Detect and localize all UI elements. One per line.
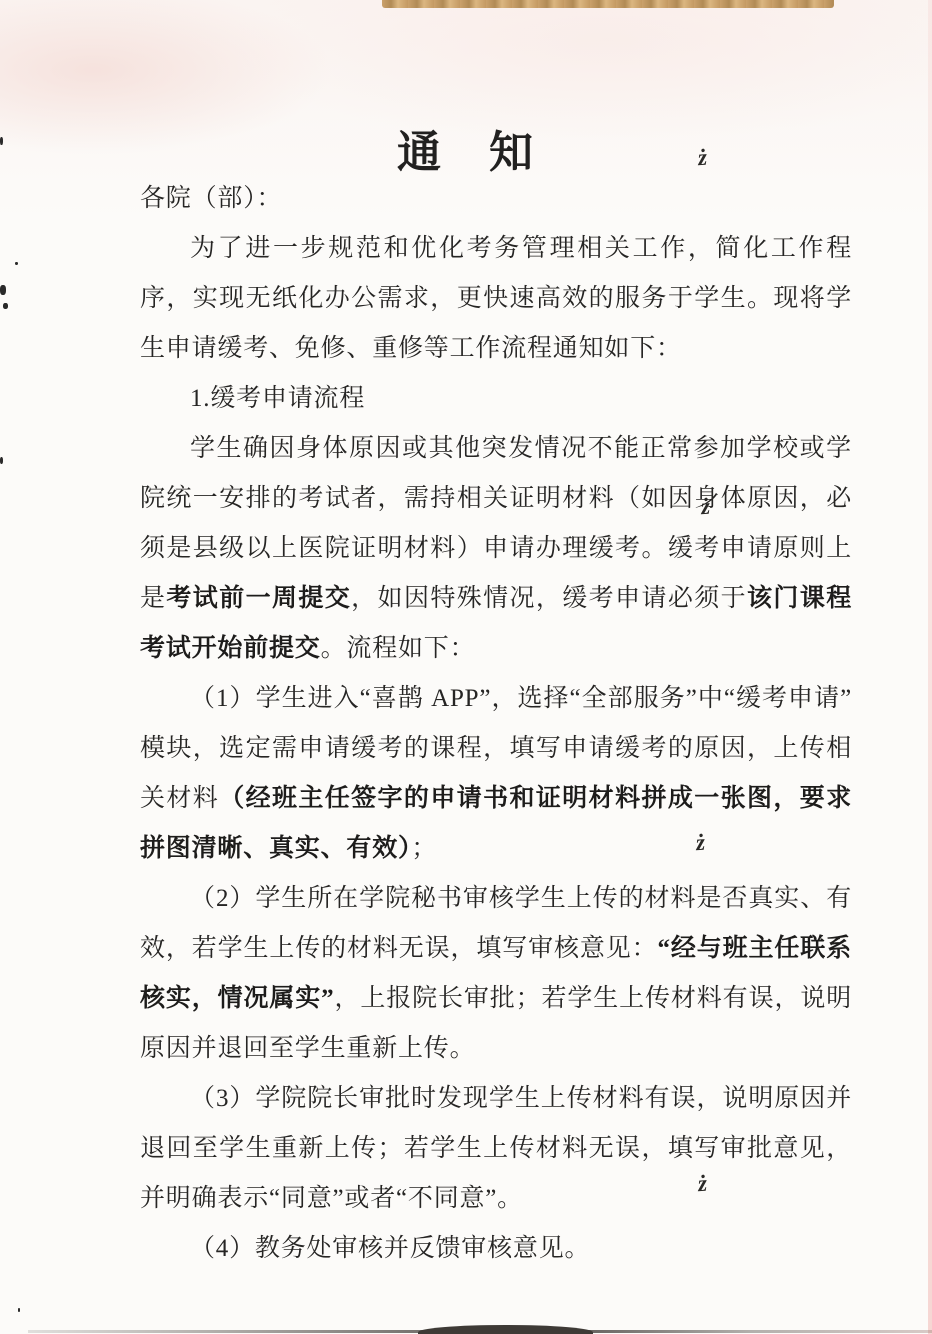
text-run: ； [411, 835, 437, 862]
step3-paragraph: （3）学院院长审批时发现学生上传材料有误，说明原因并退回至学生重新上传；若学生上… [140, 1074, 852, 1224]
intro-paragraph: 为了进一步规范和优化考务管理相关工作，简化工作程序，实现无纸化办公需求，更快速高… [140, 224, 852, 374]
scan-speck [0, 457, 3, 464]
text-run: ，如因特殊情况，缓考申请必须于 [351, 585, 747, 612]
scan-speck [15, 262, 18, 265]
text-run: 。流程如下： [321, 635, 476, 662]
scan-speck [18, 1308, 20, 1312]
step4-paragraph: （4）教务处审核并反馈审核意见。 [140, 1224, 852, 1274]
policy-paragraph: 学生确因身体原因或其他突发情况不能正常参加学校或学院统一安排的考试者，需持相关证… [140, 424, 852, 674]
ink-blot-mark: ż [700, 495, 711, 519]
scanned-notice-page: 通 知 各院（部）： 为了进一步规范和优化考务管理相关工作，简化工作程序，实现无… [0, 0, 932, 1334]
scan-speck [0, 137, 3, 145]
ink-blot-mark: ż [695, 831, 706, 855]
ink-blot-mark: ż [697, 1172, 708, 1196]
scan-bottom-edge-blob [418, 1325, 593, 1334]
document-body: 各院（部）： 为了进一步规范和优化考务管理相关工作，简化工作程序，实现无纸化办公… [140, 174, 852, 1274]
salutation: 各院（部）： [140, 174, 852, 224]
adjacent-page-edge-strip [382, 0, 834, 8]
step1-paragraph: （1）学生进入“喜鹊 APP”，选择“全部服务”中“缓考申请”模块，选定需申请缓… [140, 674, 852, 874]
bold-run-materials-requirement: （经班主任签字的申请书和证明材料拼成一张图，要求拼图清晰、真实、有效） [140, 785, 852, 862]
bold-run-deadline-week: 考试前一周提交 [166, 585, 351, 612]
step2-paragraph: （2）学生所在学院秘书审核学生上传的材料是否真实、有效，若学生上传的材料无误，填… [140, 874, 852, 1074]
scan-speck [3, 303, 8, 309]
ink-blot-mark: ż [697, 146, 708, 170]
scan-speck [0, 285, 6, 295]
notice-title: 通 知 [0, 116, 932, 180]
scan-right-edge-tint [928, 0, 932, 1334]
section1-heading: 1.缓考申请流程 [140, 374, 852, 424]
